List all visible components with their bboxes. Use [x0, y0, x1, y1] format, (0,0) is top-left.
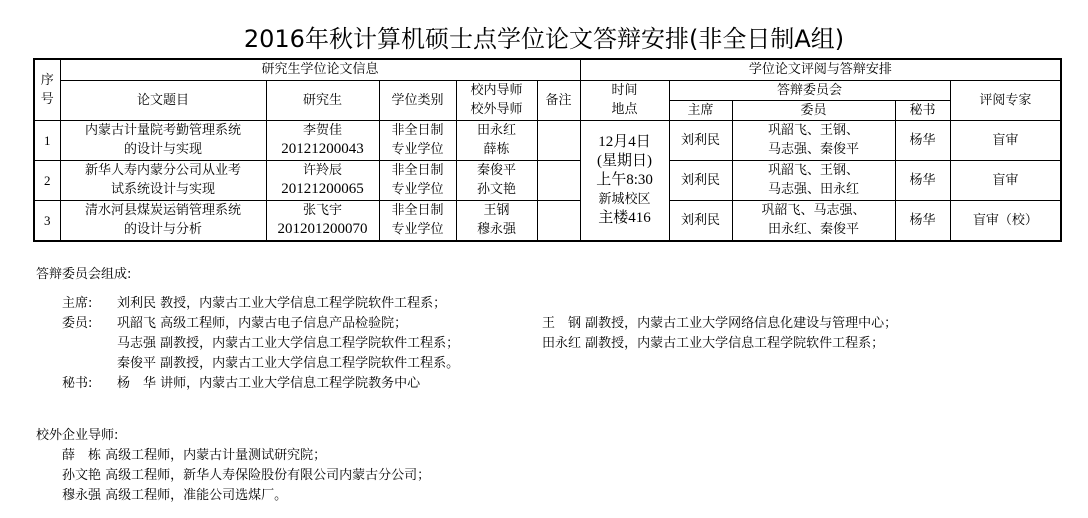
header-seq: 序号	[34, 59, 60, 120]
advisors: 王钢穆永强	[456, 200, 537, 241]
header-committee: 答辩委员会	[669, 80, 950, 100]
header-members: 委员	[732, 100, 895, 120]
committee-member: 秦俊平 副教授，内蒙古工业大学信息工程学院软件工程系。	[117, 354, 459, 374]
committee-heading: 答辩委员会组成:	[36, 265, 131, 285]
thesis-title: 新华人寿内蒙分公司从业考试系统设计与实现	[60, 160, 266, 200]
chair: 刘利民	[669, 160, 732, 200]
degree-type: 非全日制专业学位	[379, 200, 456, 241]
time-place: 12月4日 (星期日) 上午8:30 新城校区 主楼416	[580, 120, 669, 241]
header-time-place: 时间地点	[580, 80, 669, 120]
members: 巩韶飞、王钢、马志强、秦俊平	[732, 120, 895, 160]
header-advisors: 校内导师校外导师	[456, 80, 537, 120]
advisors: 秦俊平孙文艳	[456, 160, 537, 200]
degree-type: 非全日制专业学位	[379, 120, 456, 160]
external-advisor: 孙文艳 高级工程师，新华人寿保险股份有限公司内蒙古分公司；	[62, 466, 430, 486]
header-student: 研究生	[266, 80, 379, 120]
table-row: 3 清水河县煤炭运销管理系统的设计与分析 张飞宇201201200070 非全日…	[34, 200, 1061, 241]
secretary: 杨华	[895, 120, 950, 160]
external-advisors-heading: 校外企业导师:	[36, 426, 118, 446]
chair: 刘利民	[669, 120, 732, 160]
student: 张飞宇201201200070	[266, 200, 379, 241]
external-advisor: 薛 栋 高级工程师，内蒙古计量测试研究院；	[62, 446, 326, 466]
secretary: 杨华	[895, 160, 950, 200]
student: 许羚辰20121200065	[266, 160, 379, 200]
table-row: 1 内蒙古计量院考勤管理系统的设计与实现 李贺佳20121200043 非全日制…	[34, 120, 1061, 160]
table-row: 2 新华人寿内蒙分公司从业考试系统设计与实现 许羚辰20121200065 非全…	[34, 160, 1061, 200]
header-degree-type: 学位类别	[379, 80, 456, 120]
row-seq: 1	[34, 120, 60, 160]
secretary: 杨华	[895, 200, 950, 241]
advisors: 田永红薛栋	[456, 120, 537, 160]
committee-chair-label: 主席:	[62, 294, 92, 314]
committee-secretary-text: 杨 华 讲师，内蒙古工业大学信息工程学院教务中心	[117, 374, 420, 394]
remark	[537, 160, 580, 200]
thesis-title: 内蒙古计量院考勤管理系统的设计与实现	[60, 120, 266, 160]
committee-member: 巩韶飞 高级工程师，内蒙古电子信息产品检验院；	[117, 314, 407, 334]
header-defense-arrangement: 学位论文评阅与答辩安排	[580, 59, 1061, 80]
degree-type: 非全日制专业学位	[379, 160, 456, 200]
committee-chair-text: 刘利民 教授，内蒙古工业大学信息工程学院软件工程系；	[117, 294, 446, 314]
header-thesis-title: 论文题目	[60, 80, 266, 120]
committee-secretary-label: 秘书:	[62, 374, 92, 394]
header-secretary: 秘书	[895, 100, 950, 120]
reviewer: 盲审（校）	[950, 200, 1061, 241]
remark	[537, 200, 580, 241]
student: 李贺佳20121200043	[266, 120, 379, 160]
members: 巩韶飞、王钢、马志强、田永红	[732, 160, 895, 200]
committee-members-label: 委员:	[62, 314, 92, 334]
committee-member: 田永红 副教授，内蒙古工业大学信息工程学院软件工程系；	[542, 334, 884, 354]
chair: 刘利民	[669, 200, 732, 241]
page-title: 2016年秋计算机硕士点学位论文答辩安排(非全日制A组)	[0, 22, 1088, 56]
header-thesis-info: 研究生学位论文信息	[60, 59, 580, 80]
reviewer: 盲审	[950, 160, 1061, 200]
external-advisor: 穆永强 高级工程师，准能公司选煤厂。	[62, 486, 287, 506]
header-reviewer: 评阅专家	[950, 80, 1061, 120]
header-chair: 主席	[669, 100, 732, 120]
row-seq: 3	[34, 200, 60, 241]
reviewer: 盲审	[950, 120, 1061, 160]
members: 巩韶飞、马志强、田永红、秦俊平	[732, 200, 895, 241]
row-seq: 2	[34, 160, 60, 200]
committee-member: 王 钢 副教授，内蒙古工业大学网络信息化建设与管理中心；	[542, 314, 897, 334]
defense-schedule-table: 序号 研究生学位论文信息 学位论文评阅与答辩安排 论文题目 研究生 学位类别 校…	[33, 58, 1062, 242]
thesis-title: 清水河县煤炭运销管理系统的设计与分析	[60, 200, 266, 241]
header-remark: 备注	[537, 80, 580, 120]
committee-member: 马志强 副教授，内蒙古工业大学信息工程学院软件工程系；	[117, 334, 459, 354]
remark	[537, 120, 580, 160]
